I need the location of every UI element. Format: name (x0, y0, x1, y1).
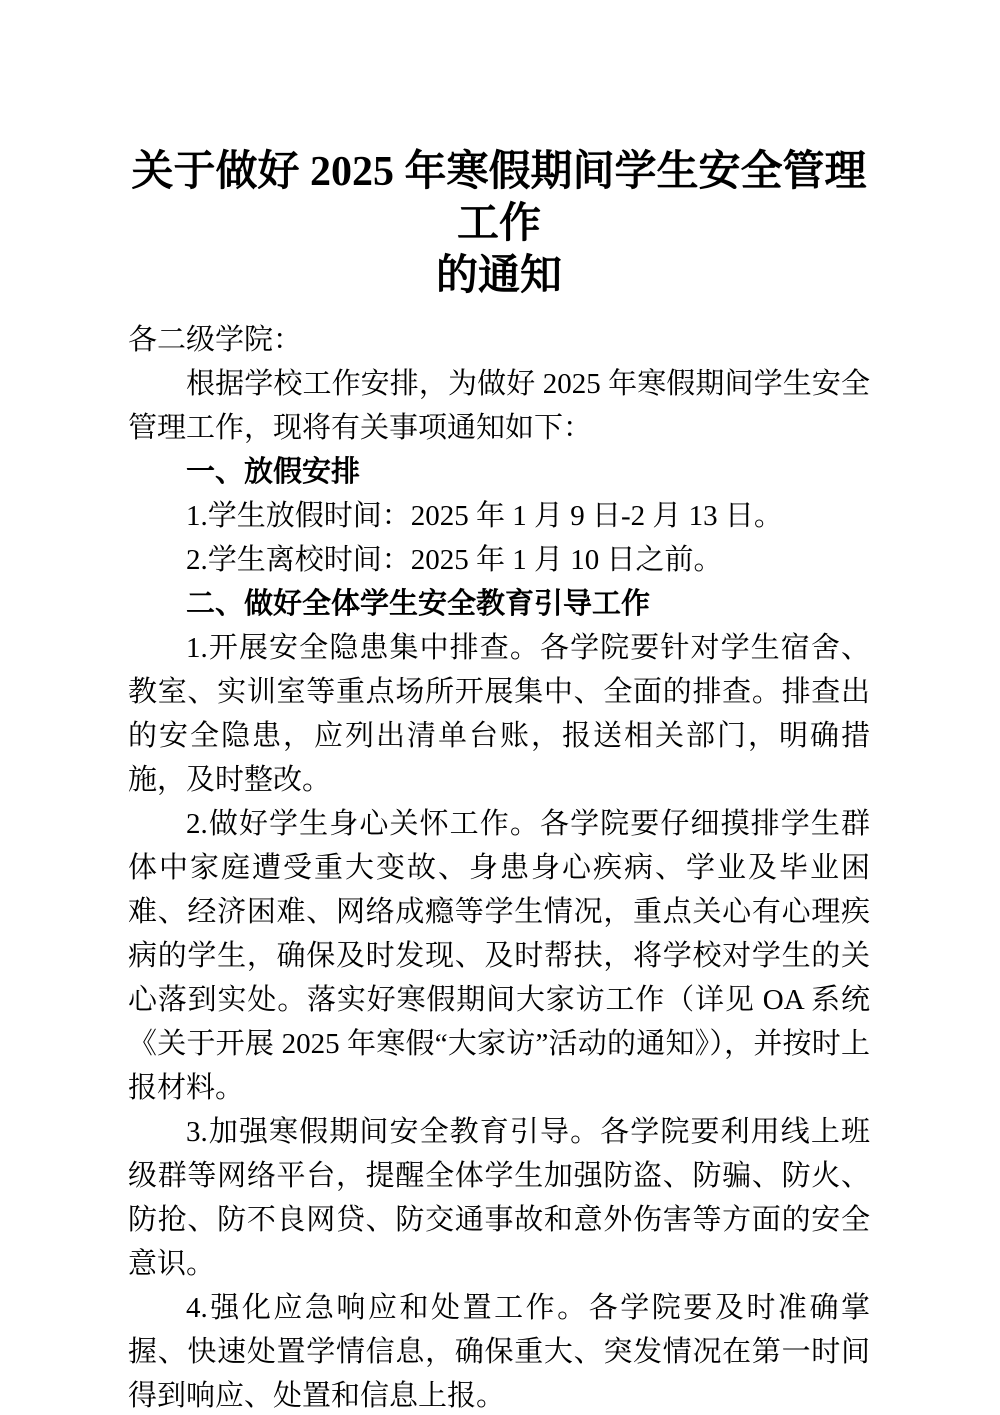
section-1-heading: 一、放假安排 (128, 450, 870, 494)
document-title-line-2: 的通知 (128, 250, 870, 302)
notice-document-page: 关于做好 2025 年寒假期间学生安全管理工作 的通知 各二级学院： 根据学校工… (0, 0, 1000, 1415)
document-title: 关于做好 2025 年寒假期间学生安全管理工作 的通知 (128, 146, 870, 302)
salutation: 各二级学院： (128, 318, 870, 362)
section-2-item-2: 2.做好学生身心关怀工作。各学院要仔细摸排学生群体中家庭遭受重大变故、身患身心疾… (128, 802, 870, 1110)
document-title-line-1: 关于做好 2025 年寒假期间学生安全管理工作 (128, 146, 870, 250)
section-1-item-1: 1.学生放假时间：2025 年 1 月 9 日-2 月 13 日。 (128, 494, 870, 538)
section-1-item-2: 2.学生离校时间：2025 年 1 月 10 日之前。 (128, 538, 870, 582)
section-2-item-4: 4.强化应急响应和处置工作。各学院要及时准确掌握、快速处置学情信息，确保重大、突… (128, 1286, 870, 1415)
section-2-item-3: 3.加强寒假期间安全教育引导。各学院要利用线上班级群等网络平台，提醒全体学生加强… (128, 1110, 870, 1286)
intro-paragraph: 根据学校工作安排，为做好 2025 年寒假期间学生安全管理工作，现将有关事项通知… (128, 362, 870, 450)
section-2-item-1: 1.开展安全隐患集中排查。各学院要针对学生宿舍、教室、实训室等重点场所开展集中、… (128, 626, 870, 802)
section-2-heading: 二、做好全体学生安全教育引导工作 (128, 582, 870, 626)
